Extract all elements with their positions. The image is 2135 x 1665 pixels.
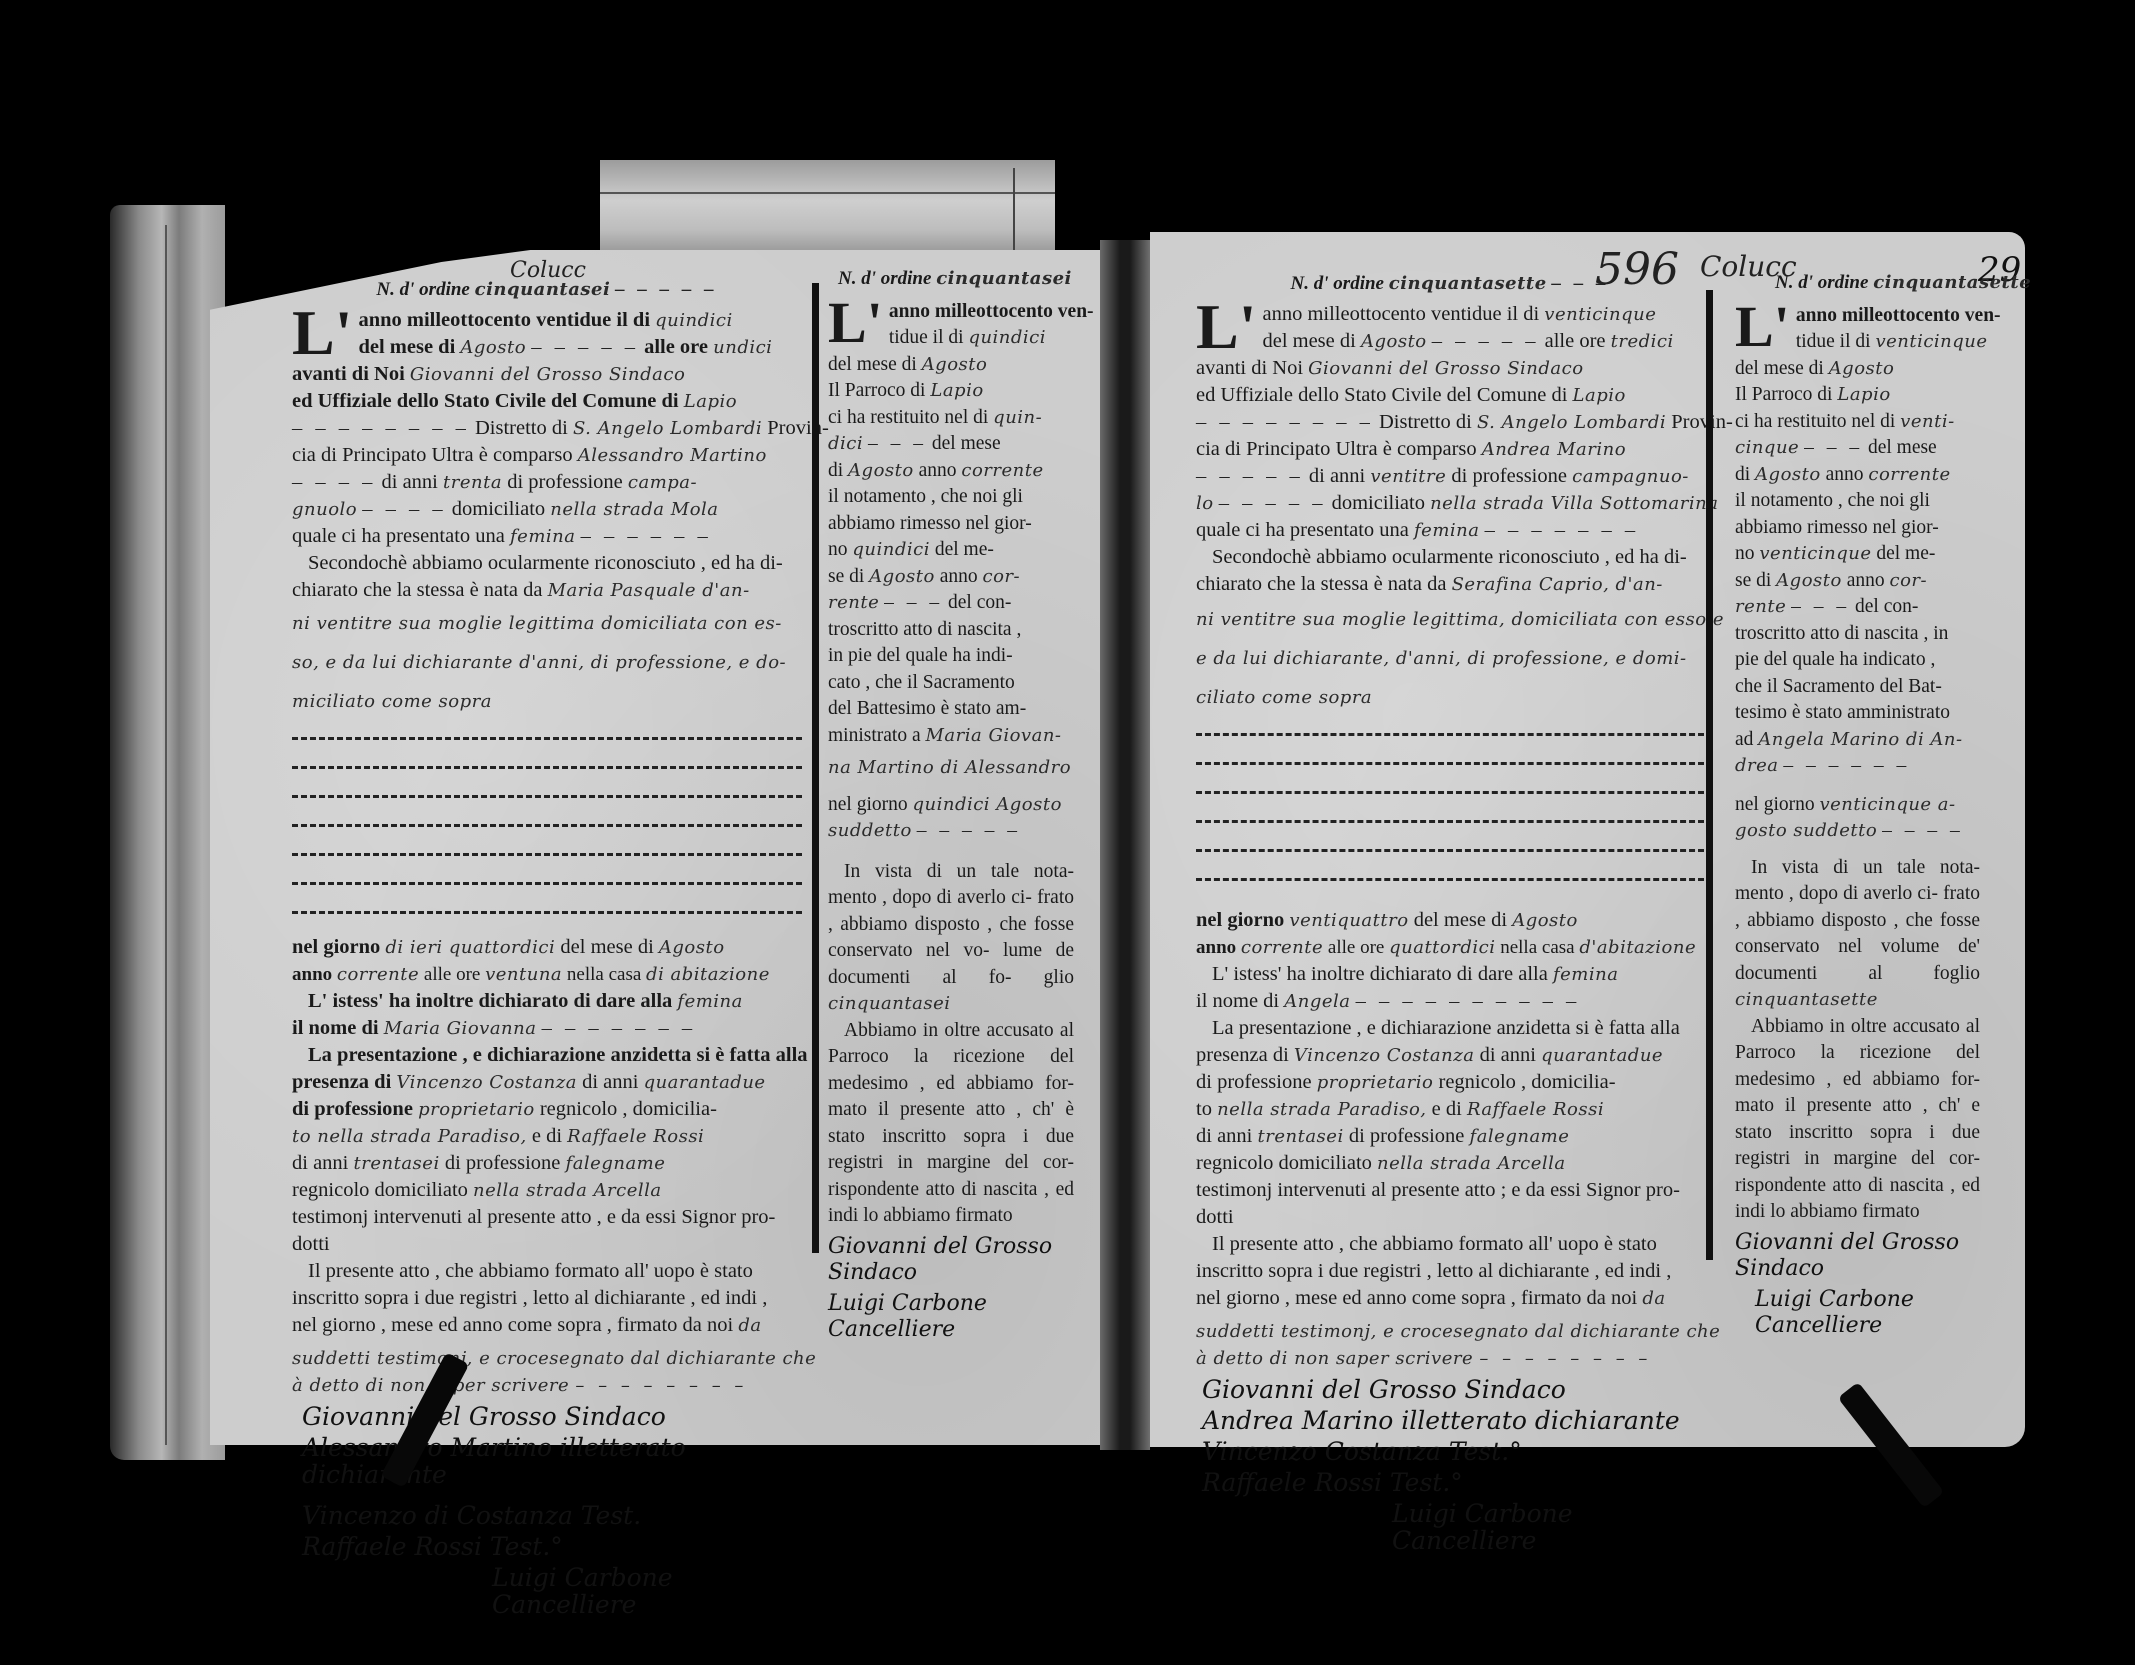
print-text: Distretto di: [1379, 411, 1472, 433]
act-line: di professione proprietario regnicolo , …: [292, 1096, 802, 1123]
hw-district: S. Angelo Lombardi: [573, 418, 762, 439]
baptism-line: troscritto atto di nascita ,: [828, 617, 1074, 644]
hw-year: corrente: [337, 964, 419, 985]
print-text: anno milleottocento ventidue il di: [358, 309, 650, 331]
order-value: cinquantasei: [936, 268, 1072, 289]
act-line: del mese di Agosto – – – – – alle ore tr…: [1196, 328, 1704, 355]
print-text: di professione: [1451, 465, 1567, 487]
signature-cancelliere: Luigi Carbone Cancelliere: [1735, 1287, 1980, 1340]
baptism-line: che il Sacramento del Bat-: [1735, 674, 1980, 701]
print-text: quale ci ha presentato una: [292, 525, 505, 547]
act-line: quale ci ha presentato una femina – – – …: [1196, 517, 1704, 544]
act-line: inscritto sopra i due registri , letto a…: [292, 1285, 802, 1312]
signature-cancelliere: Luigi Carbone Cancelliere: [1202, 1500, 1704, 1554]
print-text: L' istess' ha inoltre dichiarato di dare…: [1212, 963, 1548, 985]
act-line: – – – – di anni trenta di professione ca…: [292, 469, 802, 496]
hw-baptized-name: Maria Giovan-: [925, 725, 1061, 746]
baptism-line: pie del quale ha indicato ,: [1735, 647, 1980, 674]
hw-year: corrente: [1241, 937, 1323, 958]
print-text: del mese di: [358, 336, 455, 358]
print-text: ci ha restituito nel di: [1735, 411, 1895, 432]
baptism-line: tidue il di quindici: [828, 325, 1074, 352]
print-text: di: [828, 460, 843, 481]
left-main-act: N. d' ordine cinquantasei – – – – – L' a…: [292, 276, 802, 1622]
print-text: tidue il di: [889, 327, 964, 348]
hw-birth-day: ventiquattro: [1289, 910, 1408, 931]
hw-baptized-name-cont: na Martino di Alessandro: [828, 755, 1074, 782]
hw-year: cor-: [983, 566, 1021, 587]
hw-birth-month: Agosto: [1512, 910, 1578, 931]
act-line: presenza di Vincenzo Costanza di anni qu…: [1196, 1042, 1704, 1069]
print-text: del me-: [1876, 543, 1935, 564]
paragraph-receipt: Abbiamo in oltre accusato al Parroco la …: [828, 1018, 1074, 1230]
print-text: Provin-: [767, 417, 829, 439]
order-label: N. d' ordine: [1291, 273, 1384, 294]
signature-sindaco: Giovanni del Grosso Sindaco: [1735, 1230, 1980, 1283]
hw-closing-line: suddetti testimonj, e crocesegnato dal d…: [1196, 1318, 1704, 1345]
act-line: Il presente atto , che abbiamo formato a…: [292, 1258, 802, 1285]
print-text: di anni: [1309, 465, 1365, 487]
order-value: cinquantasei: [475, 279, 611, 300]
hw-folio: cinquantasei: [828, 993, 950, 1014]
act-line: gnuolo – – – – domiciliato nella strada …: [292, 496, 802, 523]
order-number-header: N. d' ordine cinquantasette: [1735, 270, 1980, 297]
print-text: nel giorno , mese ed anno come sopra , f…: [1196, 1287, 1637, 1309]
hw-witness1-age: quarantadue: [1541, 1045, 1663, 1066]
print-text: nel giorno: [1196, 909, 1284, 931]
hw-text: da: [738, 1315, 761, 1336]
act-line: testimonj intervenuti al presente atto ,…: [292, 1204, 802, 1231]
act-line: quale ci ha presentato una femina – – – …: [292, 523, 802, 550]
baptism-line: cato , che il Sacramento: [828, 670, 1074, 697]
hw-month: Agosto: [1776, 570, 1842, 591]
print-text: nella casa: [567, 964, 641, 985]
print-text: anno milleottocento ventidue il di: [1262, 303, 1539, 325]
act-line: L' anno milleottocento ventidue il di qu…: [292, 307, 802, 334]
act-line: Secondochè abbiamo ocularmente riconosci…: [1196, 544, 1704, 571]
baptism-line: nel giorno quindici Agosto: [828, 792, 1074, 819]
baptism-line: del mese di Agosto: [828, 352, 1074, 379]
baptism-line: di Agosto anno corrente: [1735, 462, 1980, 489]
print-text: di professione: [1349, 1125, 1465, 1147]
print-text: di anni: [382, 471, 438, 493]
blank-dashed-lines: [292, 737, 802, 914]
hw-month: Agosto: [460, 337, 526, 358]
print-text: nella casa: [1500, 937, 1574, 958]
loose-papers-stack: [600, 160, 1055, 260]
print-text: regnicolo domiciliato: [292, 1179, 468, 1201]
document-viewer: Colucc 596 Colucc 29 N. d' ordine cinqua…: [0, 0, 2135, 1665]
print-text: ci ha restituito nel di: [828, 407, 988, 428]
print-text: del mese di: [1262, 330, 1355, 352]
print-text: nel giorno: [292, 936, 380, 958]
act-line: – – – – – di anni ventitre di profession…: [1196, 463, 1704, 490]
act-line: di anni trentasei di professione falegna…: [1196, 1123, 1704, 1150]
hw-address: nella strada Villa Sottomarina: [1430, 493, 1718, 514]
print-text: avanti di Noi: [292, 363, 405, 385]
hw-sex: femina: [677, 991, 742, 1012]
order-value: cinquantasette: [1389, 273, 1547, 294]
baptism-line: dici – – – del mese: [828, 431, 1074, 458]
hw-day: quindici: [968, 327, 1046, 348]
print-text: alle ore: [644, 336, 708, 358]
act-line: dotti: [1196, 1204, 1704, 1231]
signature-witness-2: Raffaele Rossi Test.°: [1202, 1469, 1704, 1496]
baptism-line: troscritto atto di nascita , in: [1735, 621, 1980, 648]
print-text: alle ore: [1328, 937, 1384, 958]
baptism-line: rente – – – del con-: [828, 590, 1074, 617]
signature-witness-1: Vincenzo Costanza Test.°: [1202, 1438, 1704, 1465]
act-line: il nome di Maria Giovanna – – – – – – –: [292, 1015, 802, 1042]
baptism-line: L' anno milleottocento ven-: [1735, 303, 1980, 330]
hw-declarant: Andrea Marino: [1482, 439, 1626, 460]
hw-hour: tredici: [1611, 331, 1674, 352]
act-line: lo – – – – – domiciliato nella strada Vi…: [1196, 490, 1704, 517]
print-text: domiciliato: [452, 498, 545, 520]
hw-closing-line: à detto di non saper scrivere – – – – – …: [1196, 1345, 1704, 1372]
hw-sex: femina: [1414, 520, 1479, 541]
print-text: del me-: [935, 539, 994, 560]
print-text: se di: [1735, 570, 1771, 591]
hw-day: quindici: [852, 539, 930, 560]
baptism-line: nel giorno venticinque a-: [1735, 792, 1980, 819]
baptism-line: Il Parroco di Lapio: [828, 378, 1074, 405]
hw-witness2-address: nella strada Arcella: [473, 1180, 662, 1201]
print-text: di anni: [292, 1152, 348, 1174]
act-line: nel giorno , mese ed anno come sopra , f…: [292, 1312, 802, 1339]
print-text: presenza di: [292, 1071, 391, 1093]
hw-text: à detto di non saper scrivere: [1196, 1348, 1473, 1369]
baptism-line: ministrato a Maria Giovan-: [828, 723, 1074, 750]
hw-day: venticinque: [1759, 543, 1871, 564]
hw-year-cont: rente: [828, 592, 879, 613]
hw-profession: campagnuo-: [1572, 466, 1689, 487]
print-text: alle ore: [424, 964, 480, 985]
column-divider: [1706, 290, 1713, 1260]
baptism-line: di Agosto anno corrente: [828, 458, 1074, 485]
print-text: domiciliato: [1332, 492, 1425, 514]
right-main-act: N. d' ordine cinquantasette – – – L' ann…: [1196, 270, 1704, 1558]
print-text: del mese di: [560, 936, 653, 958]
act-line: inscritto sopra i due registri , letto a…: [1196, 1258, 1704, 1285]
hw-parish: Lapio: [1837, 384, 1890, 405]
hw-witness1: Vincenzo Costanza: [396, 1072, 577, 1093]
print-text: regnicolo domiciliato: [1196, 1152, 1372, 1174]
signature-sindaco: Giovanni del Grosso Sindaco: [302, 1403, 802, 1430]
print-text: di anni: [582, 1071, 638, 1093]
hw-body-line: so, e da lui dichiarante d'anni, di prof…: [292, 649, 802, 676]
hw-comune: Lapio: [1573, 385, 1626, 406]
print-text: di professione: [445, 1152, 561, 1174]
hw-hour: undici: [713, 337, 772, 358]
print-text: L' istess' ha inoltre dichiarato di dare…: [308, 990, 672, 1012]
signature-witness-2: Raffaele Rossi Test.°: [302, 1533, 802, 1560]
act-line: anno corrente alle ore ventuna nella cas…: [292, 961, 802, 988]
hw-witness2: Raffaele Rossi: [567, 1126, 704, 1147]
hw-witness2-profession: falegname: [566, 1153, 666, 1174]
hw-birth-hour: quattordici: [1389, 937, 1495, 958]
hw-day: quin-: [993, 407, 1042, 428]
hw-witness2-age: trentasei: [1258, 1126, 1344, 1147]
print-text: del con-: [1855, 596, 1918, 617]
hw-witness1-address: to nella strada Paradiso,: [292, 1126, 527, 1147]
print-text: del con-: [948, 592, 1011, 613]
hw-year: cor-: [1890, 570, 1928, 591]
hw-comune: Lapio: [684, 391, 737, 412]
blank-dashed-lines: [1196, 733, 1704, 881]
paragraph-conservation: In vista di un tale nota- mento , dopo d…: [1735, 855, 1980, 1014]
act-line: testimonj intervenuti al presente atto ;…: [1196, 1177, 1704, 1204]
hw-year: corrente: [961, 460, 1043, 481]
hw-month: Agosto: [1829, 358, 1895, 379]
print-text: il nome di: [1196, 990, 1279, 1012]
hw-witness2-age: trentasei: [354, 1153, 440, 1174]
print-text: Distretto di: [475, 417, 568, 439]
hw-district: S. Angelo Lombardi: [1477, 412, 1666, 433]
baptism-line: in pie del quale ha indi-: [828, 643, 1074, 670]
baptism-line: del Battesimo è stato am-: [828, 696, 1074, 723]
baptism-line: se di Agosto anno cor-: [1735, 568, 1980, 595]
signature-sindaco: Giovanni del Grosso Sindaco: [828, 1234, 1074, 1287]
print-text: anno: [292, 964, 332, 985]
print-text: no: [828, 539, 848, 560]
hw-witness2-address: nella strada Arcella: [1377, 1153, 1566, 1174]
hw-official: Giovanni del Grosso Sindaco: [410, 364, 685, 385]
baptism-line: tesimo è stato amministrato: [1735, 700, 1980, 727]
hw-text: gosto suddetto: [1735, 820, 1877, 841]
signatures-block: Giovanni del Grosso Sindaco Andrea Marin…: [1196, 1376, 1704, 1554]
act-line: cia di Principato Ultra è comparso Aless…: [292, 442, 802, 469]
baptism-line: cinque – – – del mese: [1735, 435, 1980, 462]
print-text: presenza di: [1196, 1044, 1289, 1066]
hw-witness1: Vincenzo Costanza: [1294, 1045, 1475, 1066]
print-text: del mese di: [1414, 909, 1507, 931]
print-text: Il Parroco di: [1735, 384, 1832, 405]
act-line: avanti di Noi Giovanni del Grosso Sindac…: [1196, 355, 1704, 382]
hw-profession-cont: gnuolo: [292, 499, 357, 520]
act-line: di professione proprietario regnicolo , …: [1196, 1069, 1704, 1096]
book-page-edges: [110, 205, 225, 1460]
baptism-line: gosto suddetto – – – –: [1735, 818, 1980, 845]
hw-profession: campa-: [628, 472, 697, 493]
print-text: regnicolo , domicilia-: [1439, 1071, 1616, 1093]
hw-sex: femina: [510, 526, 575, 547]
paragraph-receipt: Abbiamo in oltre accusato al Parroco la …: [1735, 1014, 1980, 1226]
act-line: L' anno milleottocento ventidue il di ve…: [1196, 301, 1704, 328]
order-label: N. d' ordine: [1775, 272, 1868, 293]
print-text: del mese: [1868, 437, 1937, 458]
hw-child-name: Angela: [1284, 991, 1350, 1012]
hw-text: da: [1642, 1288, 1665, 1309]
print-text: cia di Principato Ultra è comparso: [1196, 438, 1477, 460]
print-text: di: [1735, 464, 1750, 485]
signature-sindaco: Giovanni del Grosso Sindaco: [1202, 1376, 1704, 1403]
print-text: alle ore: [1545, 330, 1606, 352]
hw-day: quindici: [655, 310, 733, 331]
print-text: del mese: [932, 433, 1001, 454]
act-line: L' istess' ha inoltre dichiarato di dare…: [292, 988, 802, 1015]
print-text: cia di Principato Ultra è comparso: [292, 444, 573, 466]
paragraph-conservation: In vista di un tale nota- mento , dopo d…: [828, 859, 1074, 1018]
hw-declarant: Alessandro Martino: [578, 445, 767, 466]
print-text: ministrato a: [828, 725, 921, 746]
hw-day: venti-: [1900, 411, 1955, 432]
baptism-line: no quindici del me-: [828, 537, 1074, 564]
baptism-line: ci ha restituito nel di venti-: [1735, 409, 1980, 436]
hw-witness2: Raffaele Rossi: [1467, 1099, 1604, 1120]
print-text: Il Parroco di: [828, 380, 925, 401]
baptism-line: tidue il di venticinque: [1735, 329, 1980, 356]
print-text: anno: [1196, 937, 1236, 958]
signature-declarant: Alessandro Martino illetterato dichiaran…: [302, 1434, 802, 1488]
print-text: nel giorno , mese ed anno come sopra , f…: [292, 1314, 733, 1336]
baptism-line: suddetto – – – – –: [828, 818, 1074, 845]
print-text: ad: [1735, 729, 1753, 750]
left-baptism-column: N. d' ordine cinquantasei L' anno milleo…: [828, 266, 1074, 1348]
print-text: e di: [532, 1125, 562, 1147]
hw-closing-line: à detto di non saper scrivere – – – – – …: [292, 1372, 802, 1399]
book-gutter: [1100, 240, 1150, 1450]
print-text: tidue il di: [1796, 331, 1871, 352]
print-text: ed Uffiziale dello Stato Civile del Comu…: [292, 390, 679, 412]
hw-year-cont: rente: [1735, 596, 1786, 617]
act-line: anno corrente alle ore quattordici nella…: [1196, 934, 1704, 961]
hw-baptism-day: quindici Agosto: [912, 794, 1061, 815]
print-text: di professione: [507, 471, 623, 493]
print-text: anno: [1826, 464, 1864, 485]
hw-address: nella strada Mola: [550, 499, 718, 520]
baptism-line: se di Agosto anno cor-: [828, 564, 1074, 591]
act-line: regnicolo domiciliato nella strada Arcel…: [292, 1177, 802, 1204]
hw-age: trenta: [443, 472, 502, 493]
print-text: ed Uffiziale dello Stato Civile del Comu…: [1196, 384, 1567, 406]
print-text: di professione: [1196, 1071, 1312, 1093]
baptism-line: il notamento , che noi gli: [1735, 488, 1980, 515]
hw-body-line: ni ventitre sua moglie legittima, domici…: [1196, 606, 1704, 633]
print-text: quale ci ha presentato una: [1196, 519, 1409, 541]
print-text: di anni: [1196, 1125, 1252, 1147]
print-text: nel giorno: [1735, 794, 1815, 815]
act-line: avanti di Noi Giovanni del Grosso Sindac…: [292, 361, 802, 388]
hw-sex: femina: [1553, 964, 1618, 985]
hw-witness1-profession: proprietario: [1317, 1072, 1434, 1093]
order-number-header: N. d' ordine cinquantasei – – – – –: [292, 276, 802, 303]
print-text: Provin-: [1671, 411, 1733, 433]
print-text: chiarato che la stessa è nata da: [1196, 573, 1446, 595]
signature-cancelliere: Luigi Carbone Cancelliere: [302, 1564, 802, 1618]
baptism-line: no venticinque del me-: [1735, 541, 1980, 568]
hw-month: Agosto: [848, 460, 914, 481]
baptism-line: L' anno milleottocento ven-: [828, 299, 1074, 326]
print-text: anno: [940, 566, 978, 587]
hw-birth-hour: ventuna: [485, 964, 562, 985]
print-text: avanti di Noi: [1196, 357, 1303, 379]
hw-body-line: ni ventitre sua moglie legittima domicil…: [292, 610, 802, 637]
signature-declarant: Andrea Marino illetterato dichiarante: [1202, 1407, 1704, 1434]
print-text: e di: [1432, 1098, 1462, 1120]
hw-official: Giovanni del Grosso Sindaco: [1308, 358, 1583, 379]
print-text: del mese di: [828, 354, 917, 375]
hw-age: ventitre: [1370, 466, 1446, 487]
act-line: La presentazione , e dichiarazione anzid…: [292, 1042, 802, 1069]
hw-body-line: miciliato come sopra: [292, 688, 802, 715]
hw-body-line: ciliato come sopra: [1196, 684, 1704, 711]
act-line: nel giorno ventiquattro del mese di Agos…: [1196, 907, 1704, 934]
hw-child-name: Maria Giovanna: [384, 1018, 537, 1039]
act-line: il nome di Angela – – – – – – – – – –: [1196, 988, 1704, 1015]
act-line: nel giorno , mese ed anno come sopra , f…: [1196, 1285, 1704, 1312]
hw-witness2-profession: falegname: [1470, 1126, 1570, 1147]
act-line: Secondochè abbiamo ocularmente riconosci…: [292, 550, 802, 577]
order-number-header: N. d' ordine cinquantasette – – –: [1196, 270, 1704, 297]
hw-birth-place: d'abitazione: [1579, 937, 1696, 958]
print-text: di professione: [292, 1098, 413, 1120]
right-baptism-column: N. d' ordine cinquantasette L' anno mill…: [1735, 270, 1980, 1344]
act-line: presenza di Vincenzo Costanza di anni qu…: [292, 1069, 802, 1096]
act-line: – – – – – – – – Distretto di S. Angelo L…: [292, 415, 802, 442]
print-text: del mese di: [1735, 358, 1824, 379]
hw-body-line: e da lui dichiarante, d'anni, di profess…: [1196, 645, 1704, 672]
order-label: N. d' ordine: [376, 279, 469, 300]
hw-profession-cont: lo: [1196, 493, 1214, 514]
act-line: Il presente atto , che abbiamo formato a…: [1196, 1231, 1704, 1258]
baptism-line: abbiamo rimesso nel gior-: [828, 511, 1074, 538]
hw-baptism-day: venticinque a-: [1819, 794, 1955, 815]
hw-day: venticinque: [1544, 304, 1656, 325]
act-line: chiarato che la stessa è nata da Serafin…: [1196, 571, 1704, 598]
signature-witness-1: Vincenzo di Costanza Test.: [302, 1502, 802, 1529]
print-text: anno: [919, 460, 957, 481]
hw-month: Agosto: [1755, 464, 1821, 485]
hw-month: Agosto: [1361, 331, 1427, 352]
column-divider: [812, 283, 819, 1253]
hw-day-cont: cinque: [1735, 437, 1799, 458]
baptism-line: drea – – – – – –: [1735, 753, 1980, 780]
hw-parish: Lapio: [930, 380, 983, 401]
hw-birth-day: di ieri quattordici: [385, 937, 555, 958]
hw-month: Agosto: [869, 566, 935, 587]
order-value: cinquantasette: [1873, 272, 2031, 293]
print-text: no: [1735, 543, 1755, 564]
act-line: regnicolo domiciliato nella strada Arcel…: [1196, 1150, 1704, 1177]
act-line: nel giorno di ieri quattordici del mese …: [292, 934, 802, 961]
hw-birth-place: di abitazione: [646, 964, 770, 985]
print-text: chiarato che la stessa è nata da: [292, 579, 542, 601]
hw-folio: cinquantasette: [1735, 989, 1878, 1010]
hw-witness1-age: quarantadue: [644, 1072, 766, 1093]
hw-witness1-address: nella strada Paradiso,: [1217, 1099, 1426, 1120]
hw-baptized-name-cont: drea: [1735, 755, 1779, 776]
print-text: In vista di un tale nota- mento , dopo d…: [1735, 857, 1980, 984]
act-line: to nella strada Paradiso, e di Raffaele …: [292, 1123, 802, 1150]
baptism-line: rente – – – del con-: [1735, 594, 1980, 621]
act-line: cia di Principato Ultra è comparso Andre…: [1196, 436, 1704, 463]
print-text: di anni: [1480, 1044, 1536, 1066]
print-text: il nome di: [292, 1017, 379, 1039]
print-text: nel giorno: [828, 794, 908, 815]
act-line: ed Uffiziale dello Stato Civile del Comu…: [1196, 382, 1704, 409]
baptism-line: ad Angela Marino di An-: [1735, 727, 1980, 754]
act-line: to nella strada Paradiso, e di Raffaele …: [1196, 1096, 1704, 1123]
act-line: del mese di Agosto – – – – – alle ore un…: [292, 334, 802, 361]
hw-baptized-name: Angela Marino di An-: [1758, 729, 1962, 750]
hw-day-cont: dici: [828, 433, 863, 454]
order-label: N. d' ordine: [838, 268, 931, 289]
hw-year: corrente: [1868, 464, 1950, 485]
hw-day: venticinque: [1875, 331, 1987, 352]
hw-closing-line: suddetti testimonj, e crocesegnato dal d…: [292, 1345, 802, 1372]
print-text: anno: [1847, 570, 1885, 591]
